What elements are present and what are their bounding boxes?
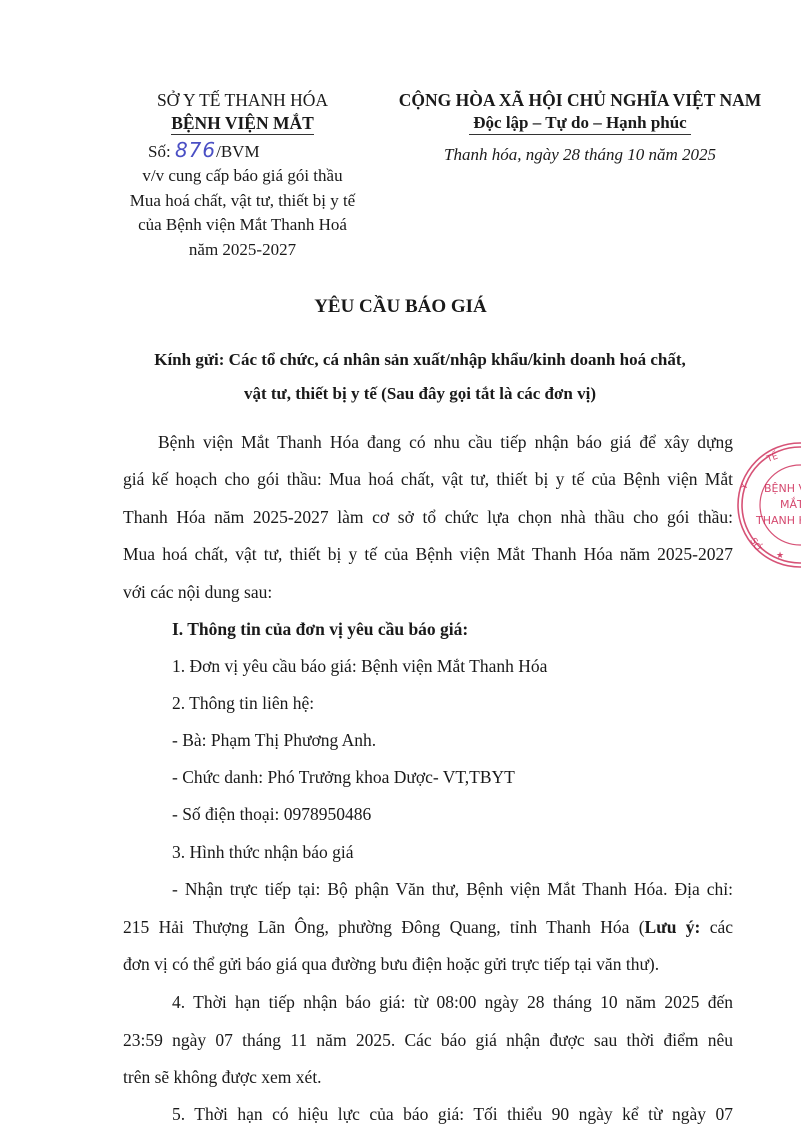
document-title: YÊU CẦU BÁO GIÁ xyxy=(0,296,801,318)
section-heading: I. Thông tin của đơn vị yêu cầu báo giá: xyxy=(172,619,468,640)
stamp-bottom-text: SỞ xyxy=(747,536,764,554)
subject-line: năm 2025-2027 xyxy=(100,238,385,263)
requester-item: 1. Đơn vị yêu cầu báo giá: Bệnh viện Mắt… xyxy=(172,656,547,677)
national-header: CỘNG HÒA XÃ HỘI CHỦ NGHĨA VIỆT NAM Độc l… xyxy=(380,88,780,165)
receipt-method-line: 215 Hải Thượng Lãn Ông, phường Đông Quan… xyxy=(123,917,733,938)
stamp-left-text: Y xyxy=(739,482,751,492)
subject-line: v/v cung cấp báo giá gói thầu xyxy=(100,164,385,189)
nation-name: CỘNG HÒA XÃ HỘI CHỦ NGHĨA VIỆT NAM xyxy=(380,88,780,112)
recipient-line: Kính gửi: Các tổ chức, cá nhân sản xuất/… xyxy=(100,343,740,377)
contact-heading: 2. Thông tin liên hệ: xyxy=(172,693,314,714)
intro-line: Mua hoá chất, vật tư, thiết bị y tế của … xyxy=(123,544,733,565)
intro-line: với các nội dung sau: xyxy=(123,582,272,603)
receipt-method-line: đơn vị có thể gửi báo giá qua đường bưu … xyxy=(123,954,659,975)
document-number: Số: 876/BVM xyxy=(100,138,385,164)
subject-line: của Bệnh viện Mắt Thanh Hoá xyxy=(100,213,385,238)
deadline-line: 4. Thời hạn tiếp nhận báo giá: từ 08:00 … xyxy=(172,992,733,1013)
department-name: SỞ Y TẾ THANH HÓA xyxy=(100,88,385,112)
intro-line: Bệnh viện Mắt Thanh Hóa đang có nhu cầu … xyxy=(158,432,733,453)
note-text: các xyxy=(700,917,733,937)
contact-name: - Bà: Phạm Thị Phương Anh. xyxy=(172,730,376,751)
stamp-line1: BỆNH VIỆ xyxy=(764,482,801,495)
receipt-method-line: - Nhận trực tiếp tại: Bộ phận Văn thư, B… xyxy=(172,879,733,900)
contact-phone: - Số điện thoại: 0978950486 xyxy=(172,804,371,825)
number-suffix: /BVM xyxy=(216,142,259,161)
subject-line: Mua hoá chất, vật tư, thiết bị y tế xyxy=(100,189,385,214)
number-prefix: Số: xyxy=(148,142,171,161)
recipient-block: Kính gửi: Các tổ chức, cá nhân sản xuất/… xyxy=(100,343,740,411)
hospital-name: BỆNH VIỆN MẮT xyxy=(171,113,314,135)
issuer-block: SỞ Y TẾ THANH HÓA BỆNH VIỆN MẮT Số: 876/… xyxy=(100,88,385,262)
handwritten-number: 876 xyxy=(175,138,216,162)
note-label: Lưu ý: xyxy=(645,917,701,937)
contact-title: - Chức danh: Phó Trưởng khoa Dược- VT,TB… xyxy=(172,767,515,788)
deadline-line: 23:59 ngày 07 tháng 11 năm 2025. Các báo… xyxy=(123,1030,733,1051)
address-text: 215 Hải Thượng Lãn Ông, phường Đông Quan… xyxy=(123,917,645,937)
deadline-line: trên sẽ không được xem xét. xyxy=(123,1067,322,1088)
stamp-line2: MẮT xyxy=(780,497,801,511)
intro-line: giá kế hoạch cho gói thầu: Mua hoá chất,… xyxy=(123,469,733,490)
place-date: Thanh hóa, ngày 28 tháng 10 năm 2025 xyxy=(380,145,780,165)
validity-line: 5. Thời hạn có hiệu lực của báo giá: Tối… xyxy=(172,1104,733,1124)
stamp-star: ★ xyxy=(776,551,784,561)
recipient-line: vật tư, thiết bị y tế (Sau đây gọi tắt l… xyxy=(100,377,740,411)
stamp-line3: THANH HÓ xyxy=(755,514,801,527)
national-motto: Độc lập – Tự do – Hạnh phúc xyxy=(469,112,690,135)
intro-line: Thanh Hóa năm 2025-2027 làm cơ sở tổ chứ… xyxy=(123,507,733,528)
receipt-method-heading: 3. Hình thức nhận báo giá xyxy=(172,842,354,863)
official-seal-stamp: TẾ Y SỞ BỆNH VIỆ MẮT THANH HÓ ★ xyxy=(728,440,801,570)
